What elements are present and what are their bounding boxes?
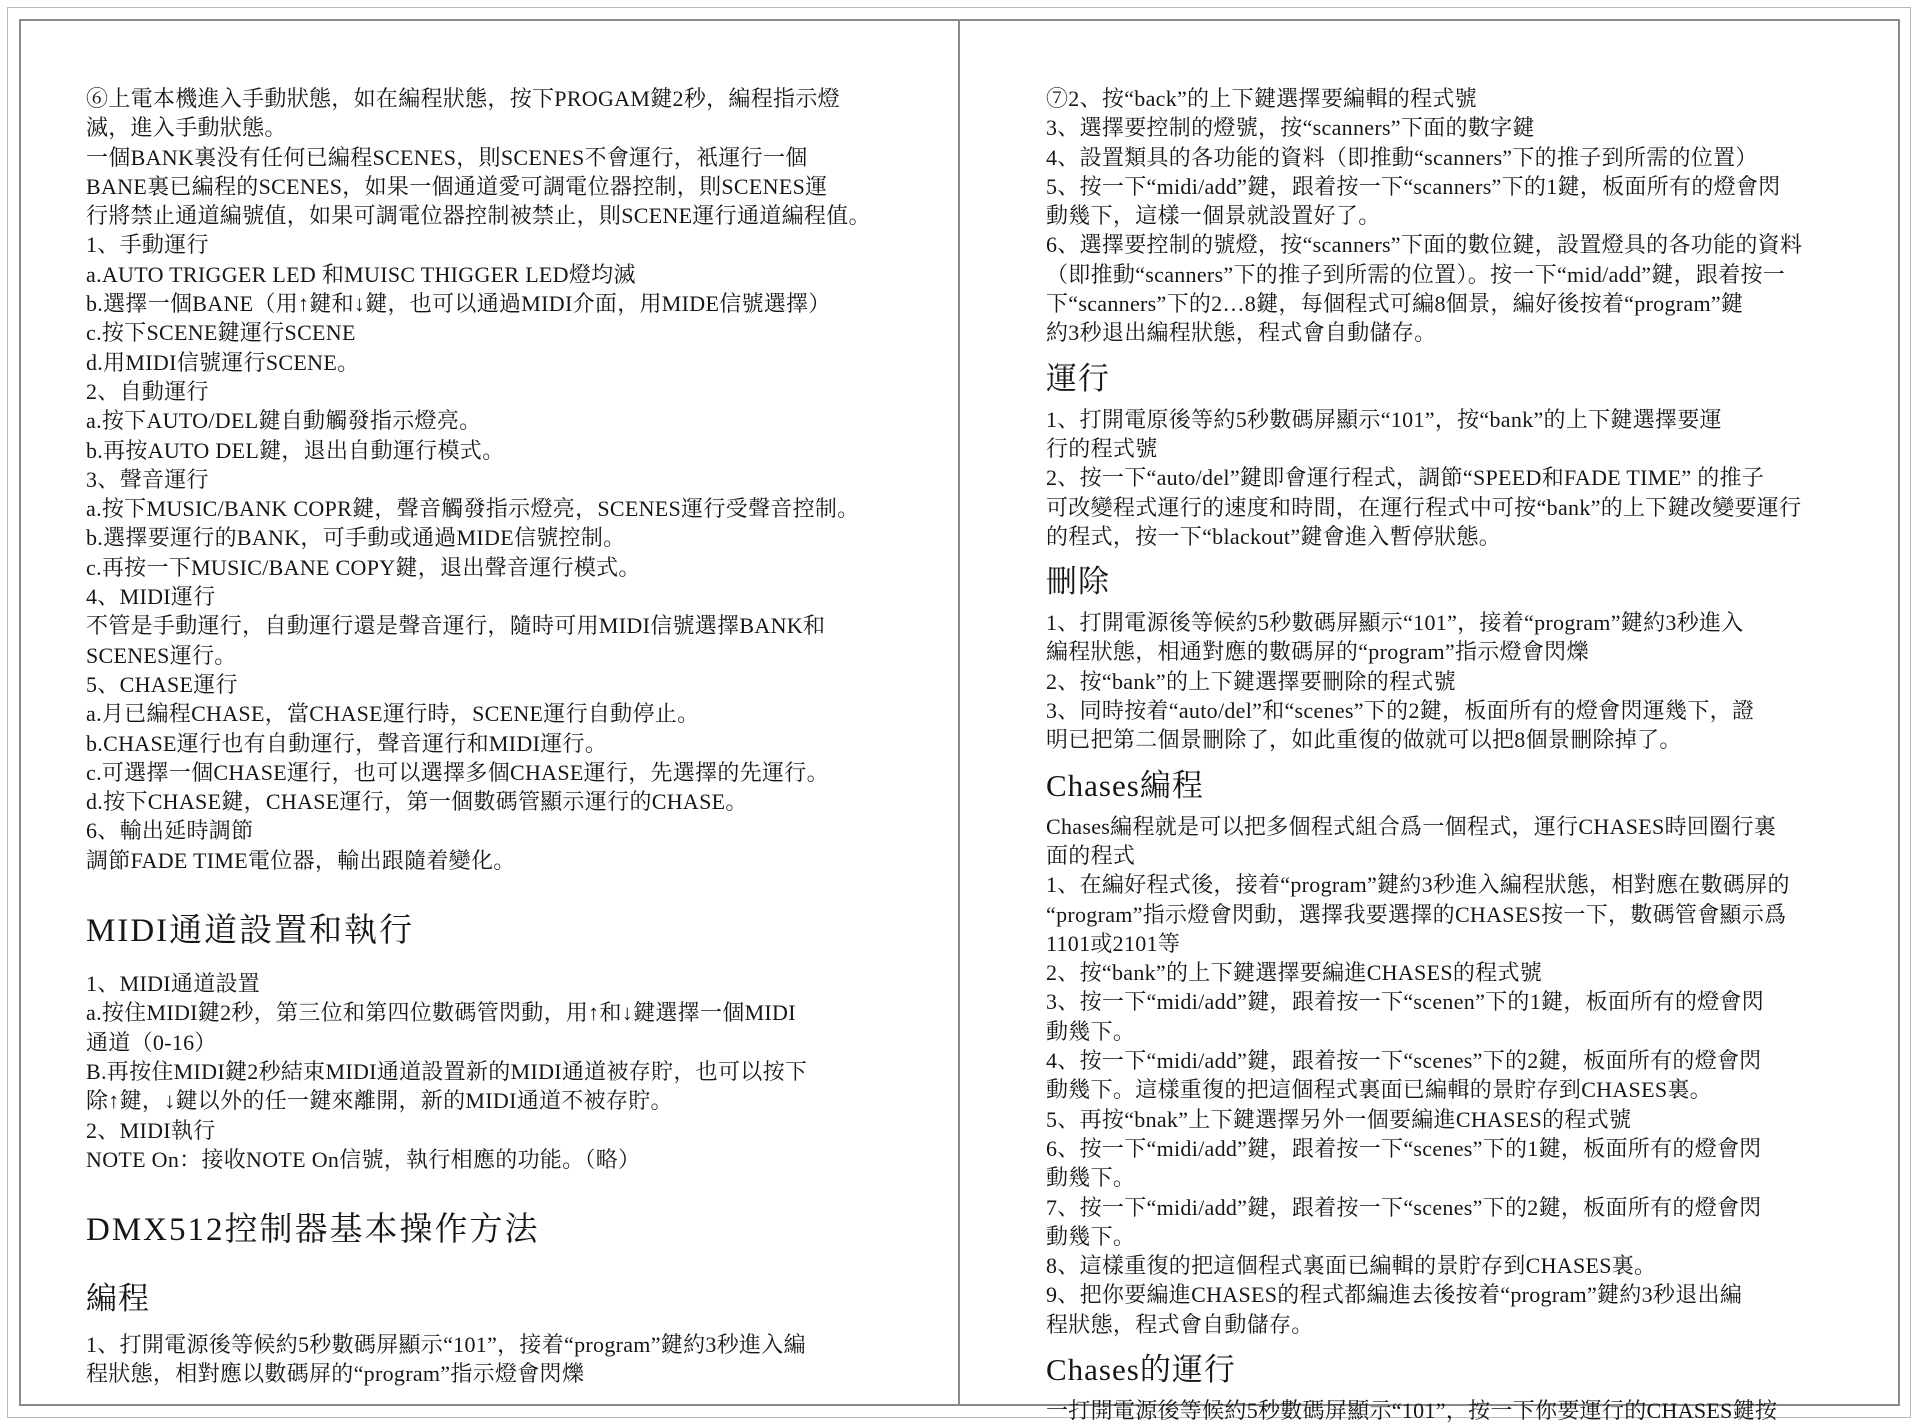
- section-heading: 編程: [86, 1280, 886, 1318]
- paragraph: 1、打開電原後等約5秒數碼屏顯示“101”，按“bank”的上下鍵選擇要運行的程…: [1046, 405, 1902, 551]
- section-heading: 運行: [1046, 360, 1902, 398]
- section-heading: DMX512控制器基本操作方法: [86, 1210, 886, 1250]
- text-line: b.選擇一個BANE（用↑鍵和↓鍵，也可以通過MIDI介面，用MIDE信號選擇）: [86, 289, 886, 318]
- text-line: 5、按一下“midi/add”鍵，跟着按一下“scanners”下的1鍵，板面所…: [1046, 172, 1902, 201]
- paragraph: 1、打開電源後等候約5秒數碼屏顯示“101”，接着“program”鍵約3秒進入…: [86, 1330, 886, 1389]
- text-line: a.月已編程CHASE，當CHASE運行時，SCENE運行自動停止。: [86, 699, 886, 728]
- text-line: 1、MIDI通道設置: [86, 969, 886, 998]
- text-line: 1、手動運行: [86, 230, 886, 259]
- text-line: 1、打開電原後等約5秒數碼屏顯示“101”，按“bank”的上下鍵選擇要運: [1046, 405, 1902, 434]
- paragraph: 一打開電源後等候約5秒數碼屏顯示“101”，按一下你要運行的CHASES鍵按: [1046, 1396, 1902, 1425]
- text-line: 3、同時按着“auto/del”和“scenes”下的2鍵，板面所有的燈會閃運幾…: [1046, 696, 1902, 725]
- text-line: 動幾下。這樣重復的把這個程式裏面已編輯的景貯存到CHASES裏。: [1046, 1075, 1902, 1104]
- text-line: “program”指示燈會閃動，選擇我要選擇的CHASES按一下，數碼管會顯示爲: [1046, 900, 1902, 929]
- text-line: a.按下AUTO/DEL鍵自動觸發指示燈亮。: [86, 406, 886, 435]
- text-line: 約3秒退出編程狀態，程式會自動儲存。: [1046, 318, 1902, 347]
- text-line: 調節FADE TIME電位器，輸出跟隨着變化。: [86, 846, 886, 875]
- text-line: 一打開電源後等候約5秒數碼屏顯示“101”，按一下你要運行的CHASES鍵按: [1046, 1396, 1902, 1425]
- heading-text-line: MIDI通道設置和執行: [86, 911, 886, 951]
- page-divider-line: [958, 19, 960, 1406]
- text-line: 2、按“bank”的上下鍵選擇要編進CHASES的程式號: [1046, 958, 1902, 987]
- text-line: 8、這樣重復的把這個程式裏面已編輯的景貯存到CHASES裏。: [1046, 1251, 1902, 1280]
- text-line: NOTE On：接收NOTE On信號，執行相應的功能。（略）: [86, 1145, 886, 1174]
- text-line: 程狀態，程式會自動儲存。: [1046, 1310, 1902, 1339]
- text-line: 不管是手動運行，自動運行還是聲音運行，隨時可用MIDI信號選擇BANK和: [86, 611, 886, 640]
- paragraph: ⑦2、按“back”的上下鍵選擇要編輯的程式號3、選擇要控制的燈號，按“scan…: [1046, 84, 1902, 348]
- text-line: 3、選擇要控制的燈號，按“scanners”下面的數字鍵: [1046, 113, 1902, 142]
- heading-text-line: 運行: [1046, 360, 1902, 398]
- text-line: 動幾下。: [1046, 1017, 1902, 1046]
- text-line: a.按下MUSIC/BANK COPR鍵，聲音觸發指示燈亮，SCENES運行受聲…: [86, 494, 886, 523]
- text-line: b.選擇要運行的BANK，可手動或通過MIDE信號控制。: [86, 523, 886, 552]
- text-line: 9、把你要編進CHASES的程式都編進去後按着“program”鍵約3秒退出編: [1046, 1280, 1902, 1309]
- text-line: 3、聲音運行: [86, 465, 886, 494]
- text-line: 編程狀態，相通對應的數碼屏的“program”指示燈會閃爍: [1046, 637, 1902, 666]
- heading-text-line: Chases編程: [1046, 767, 1902, 805]
- text-line: 2、MIDI執行: [86, 1116, 886, 1145]
- text-line: 2、自動運行: [86, 377, 886, 406]
- text-line: ⑦2、按“back”的上下鍵選擇要編輯的程式號: [1046, 84, 1902, 113]
- text-line: 通道（0-16）: [86, 1028, 886, 1057]
- text-line: （即推動“scanners”下的推子到所需的位置）。按一下“mid/add”鍵，…: [1046, 260, 1902, 289]
- text-line: 3、按一下“midi/add”鍵，跟着按一下“scenen”下的1鍵，板面所有的…: [1046, 987, 1902, 1016]
- text-line: 程狀態，相對應以數碼屏的“program”指示燈會閃爍: [86, 1359, 886, 1388]
- paragraph: ⑥上電本機進入手動狀態，如在編程狀態，按下PROGAM鍵2秒，編程指示燈滅，進入…: [86, 84, 886, 875]
- paragraph: 1、打開電源後等候約5秒數碼屏顯示“101”，接着“program”鍵約3秒進入…: [1046, 608, 1902, 754]
- text-line: 2、按一下“auto/del”鍵即會運行程式，調節“SPEED和FADE TIM…: [1046, 463, 1902, 492]
- text-line: 2、按“bank”的上下鍵選擇要刪除的程式號: [1046, 667, 1902, 696]
- text-line: 可改變程式運行的速度和時間，在運行程式中可按“bank”的上下鍵改變要運行: [1046, 493, 1902, 522]
- heading-text-line: Chases的運行: [1046, 1351, 1902, 1389]
- text-line: 動幾下，這樣一個景就設置好了。: [1046, 201, 1902, 230]
- text-line: 的程式，按一下“blackout”鍵會進入暫停狀態。: [1046, 522, 1902, 551]
- text-line: B.再按住MIDI鍵2秒結束MIDI通道設置新的MIDI通道被存貯，也可以按下: [86, 1057, 886, 1086]
- text-line: Chases編程就是可以把多個程式組合爲一個程式，運行CHASES時回圈行裏: [1046, 812, 1902, 841]
- text-line: 1、在編好程式後，接着“program”鍵約3秒進入編程狀態，相對應在數碼屏的: [1046, 870, 1902, 899]
- text-line: 面的程式: [1046, 841, 1902, 870]
- text-line: 5、再按“bnak”上下鍵選擇另外一個要編進CHASES的程式號: [1046, 1105, 1902, 1134]
- text-line: 行的程式號: [1046, 434, 1902, 463]
- text-line: 一個BANK裏没有任何已編程SCENES，則SCENES不會運行，衹運行一個: [86, 143, 886, 172]
- text-line: c.再按一下MUSIC/BANE COPY鍵，退出聲音運行模式。: [86, 553, 886, 582]
- text-line: a.AUTO TRIGGER LED 和MUISC THIGGER LED燈均滅: [86, 260, 886, 289]
- text-line: 下“scanners”下的2…8鍵，每個程式可編8個景，編好後按着“progra…: [1046, 289, 1902, 318]
- text-line: a.按住MIDI鍵2秒，第三位和第四位數碼管閃動，用↑和↓鍵選擇一個MIDI: [86, 998, 886, 1027]
- text-line: 滅，進入手動狀態。: [86, 113, 886, 142]
- text-line: 1、打開電源後等候約5秒數碼屏顯示“101”，接着“program”鍵約3秒進入: [1046, 608, 1902, 637]
- text-line: 除↑鍵，↓鍵以外的任一鍵來離開，新的MIDI通道不被存貯。: [86, 1086, 886, 1115]
- text-line: 6、選擇要控制的號燈，按“scanners”下面的數位鍵，設置燈具的各功能的資料: [1046, 230, 1902, 259]
- text-line: BANE裏已編程的SCENES，如果一個通道愛可調電位器控制，則SCENES運: [86, 172, 886, 201]
- text-line: c.可選擇一個CHASE運行，也可以選擇多個CHASE運行，先選擇的先運行。: [86, 758, 886, 787]
- text-line: 6、輸出延時調節: [86, 816, 886, 845]
- text-line: 7、按一下“midi/add”鍵，跟着按一下“scenes”下的2鍵，板面所有的…: [1046, 1193, 1902, 1222]
- text-line: 4、按一下“midi/add”鍵，跟着按一下“scenes”下的2鍵，板面所有的…: [1046, 1046, 1902, 1075]
- text-line: 明已把第二個景刪除了，如此重復的做就可以把8個景刪除掉了。: [1046, 725, 1902, 754]
- paragraph: Chases編程就是可以把多個程式組合爲一個程式，運行CHASES時回圈行裏面的…: [1046, 812, 1902, 1339]
- text-line: b.再按AUTO DEL鍵，退出自動運行模式。: [86, 436, 886, 465]
- text-line: b.CHASE運行也有自動運行，聲音運行和MIDI運行。: [86, 729, 886, 758]
- text-line: 4、MIDI運行: [86, 582, 886, 611]
- text-line: 6、按一下“midi/add”鍵，跟着按一下“scenes”下的1鍵，板面所有的…: [1046, 1134, 1902, 1163]
- text-line: SCENES運行。: [86, 641, 886, 670]
- section-heading: Chases的運行: [1046, 1351, 1902, 1389]
- manual-scan-page: ⑥上電本機進入手動狀態，如在編程狀態，按下PROGAM鍵2秒，編程指示燈滅，進入…: [0, 0, 1919, 1425]
- paragraph: 1、MIDI通道設置a.按住MIDI鍵2秒，第三位和第四位數碼管閃動，用↑和↓鍵…: [86, 969, 886, 1174]
- text-line: 行將禁止通道編號值，如果可調電位器控制被禁止，則SCENE運行通道編程值。: [86, 201, 886, 230]
- text-line: 1101或2101等: [1046, 929, 1902, 958]
- heading-text-line: 刪除: [1046, 563, 1902, 601]
- section-heading: Chases編程: [1046, 767, 1902, 805]
- text-line: d.用MIDI信號運行SCENE。: [86, 348, 886, 377]
- section-heading: 刪除: [1046, 563, 1902, 601]
- heading-text-line: DMX512控制器基本操作方法: [86, 1210, 886, 1250]
- text-line: 1、打開電源後等候約5秒數碼屏顯示“101”，接着“program”鍵約3秒進入…: [86, 1330, 886, 1359]
- text-line: 4、設置類具的各功能的資料（即推動“scanners”下的推子到所需的位置）: [1046, 143, 1902, 172]
- left-page-column: ⑥上電本機進入手動狀態，如在編程狀態，按下PROGAM鍵2秒，編程指示燈滅，進入…: [86, 84, 886, 1389]
- text-line: ⑥上電本機進入手動狀態，如在編程狀態，按下PROGAM鍵2秒，編程指示燈: [86, 84, 886, 113]
- text-line: 5、CHASE運行: [86, 670, 886, 699]
- text-line: 動幾下。: [1046, 1163, 1902, 1192]
- text-line: 動幾下。: [1046, 1222, 1902, 1251]
- text-line: c.按下SCENE鍵運行SCENE: [86, 318, 886, 347]
- right-page-column: ⑦2、按“back”的上下鍵選擇要編輯的程式號3、選擇要控制的燈號，按“scan…: [1046, 84, 1902, 1425]
- section-heading: MIDI通道設置和執行: [86, 911, 886, 951]
- text-line: d.按下CHASE鍵，CHASE運行，第一個數碼管顯示運行的CHASE。: [86, 787, 886, 816]
- heading-text-line: 編程: [86, 1280, 886, 1318]
